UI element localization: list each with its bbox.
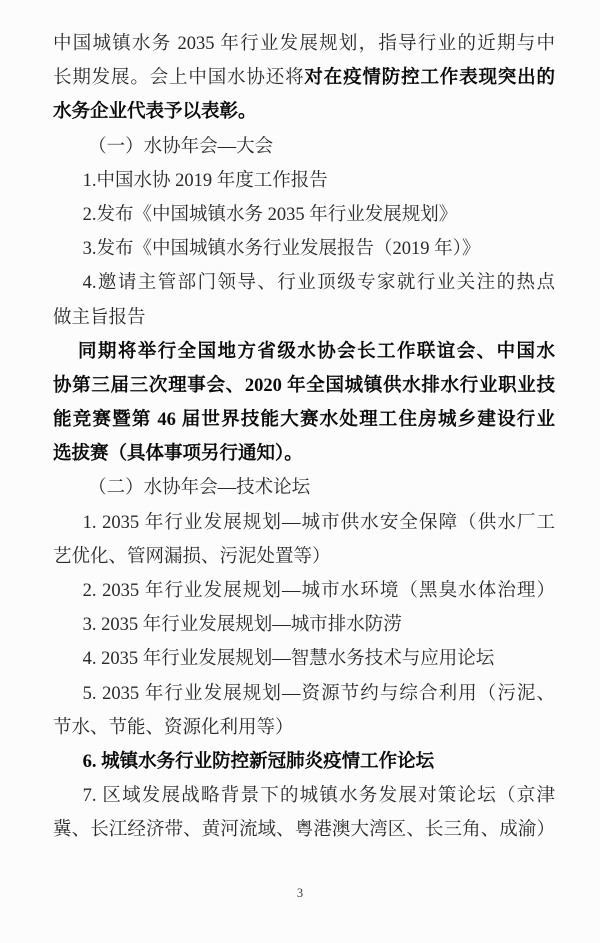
text-line: 选拔赛（具体事项另行通知）。 [53,437,555,471]
text-line: （一）水协年会—大会 [53,130,555,164]
text-line: 做主旨报告 [53,301,555,335]
text-line: 5. 2035 年行业发展规划—资源节约与综合利用（污泥、 [53,677,555,711]
text-segment: 中国城镇水务 2035 年行业发展规划，指导行业的近期与中 [53,34,555,54]
document-page: 中国城镇水务 2035 年行业发展规划，指导行业的近期与中长期发展。会上中国水协… [0,0,600,943]
bold-text-segment: 能竞赛暨第 46 届世界技能大赛水处理工住房城乡建设行业 [53,410,555,430]
text-line: 3. 2035 年行业发展规划—城市排水防涝 [53,608,555,642]
text-segment: 4.邀请主管部门领导、行业顶级专家就行业关注的热点 [83,273,555,293]
text-segment: （二）水协年会—技术论坛 [88,478,310,498]
text-segment: 7. 区域发展战略背景下的城镇水务发展对策论坛（京津 [83,786,555,806]
text-line: 6. 城镇水务行业防控新冠肺炎疫情工作论坛 [53,745,555,779]
text-segment: 做主旨报告 [53,308,146,328]
text-line: （二）水协年会—技术论坛 [53,471,555,505]
text-segment: 2.发布《中国城镇水务 2035 年行业发展规划》 [83,205,458,225]
text-line: 协第三届三次理事会、2020 年全国城镇供水排水行业职业技 [53,369,555,403]
text-segment: 3.发布《中国城镇水务行业发展报告（2019 年）》 [83,239,481,259]
text-line: 2.发布《中国城镇水务 2035 年行业发展规划》 [53,198,555,232]
text-line: 4. 2035 年行业发展规划—智慧水务技术与应用论坛 [53,642,555,676]
text-segment: 长期发展。会上中国水协还将 [53,68,304,88]
text-line: 同期将举行全国地方省级水协会长工作联谊会、中国水 [53,335,555,369]
text-line: 艺优化、管网漏损、污泥处置等） [53,540,555,574]
bold-text-segment: 协第三届三次理事会、2020 年全国城镇供水排水行业职业技 [53,376,555,396]
text-segment: 3. 2035 年行业发展规划—城市排水防涝 [83,615,402,635]
bold-text-segment: 6. 城镇水务行业防控新冠肺炎疫情工作论坛 [83,752,435,772]
text-line: 1. 2035 年行业发展规划—城市供水安全保障（供水厂工 [53,506,555,540]
bold-text-segment: 对在疫情防控工作表现突出的 [304,68,555,88]
text-segment: 2. 2035 年行业发展规划—城市水环境（黑臭水体治理） [83,581,555,601]
text-segment: 1.中国水协 2019 年度工作报告 [83,171,328,191]
text-line: 长期发展。会上中国水协还将对在疫情防控工作表现突出的 [53,61,555,95]
text-line: 7. 区域发展战略背景下的城镇水务发展对策论坛（京津 [53,779,555,813]
text-segment: 4. 2035 年行业发展规划—智慧水务技术与应用论坛 [83,649,495,669]
text-segment: 艺优化、管网漏损、污泥处置等） [53,547,331,567]
text-line: 中国城镇水务 2035 年行业发展规划，指导行业的近期与中 [53,27,555,61]
text-line: 能竞赛暨第 46 届世界技能大赛水处理工住房城乡建设行业 [53,403,555,437]
text-line: 节水、节能、资源化利用等） [53,711,555,745]
page-number: 3 [0,886,600,901]
text-line: 1.中国水协 2019 年度工作报告 [53,164,555,198]
bold-text-segment: 选拔赛（具体事项另行通知）。 [53,444,303,464]
text-segment: 节水、节能、资源化利用等） [53,718,294,738]
text-segment: 1. 2035 年行业发展规划—城市供水安全保障（供水厂工 [83,513,555,533]
text-line: 4.邀请主管部门领导、行业顶级专家就行业关注的热点 [53,266,555,300]
bold-text-segment: 同期将举行全国地方省级水协会长工作联谊会、中国水 [78,342,555,362]
text-segment: 冀、长江经济带、黄河流域、粤港澳大湾区、长三角、成渝） [53,820,555,840]
text-line: 水务企业代表予以表彰。 [53,95,555,129]
text-segment: 5. 2035 年行业发展规划—资源节约与综合利用（污泥、 [83,684,555,704]
text-line: 3.发布《中国城镇水务行业发展报告（2019 年）》 [53,232,555,266]
text-line: 2. 2035 年行业发展规划—城市水环境（黑臭水体治理） [53,574,555,608]
document-body: 中国城镇水务 2035 年行业发展规划，指导行业的近期与中长期发展。会上中国水协… [53,27,555,848]
bold-text-segment: 水务企业代表予以表彰。 [53,102,257,122]
text-line: 冀、长江经济带、黄河流域、粤港澳大湾区、长三角、成渝） [53,813,555,847]
text-segment: （一）水协年会—大会 [88,137,273,157]
